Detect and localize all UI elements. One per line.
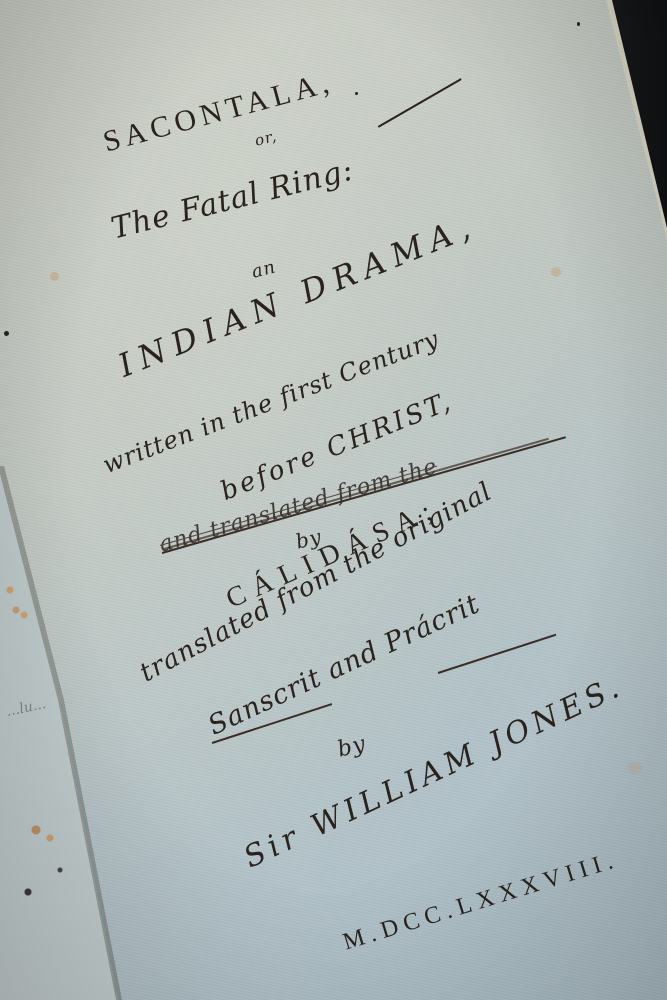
manuscript-photo: ...lu... SACONTALA, or, The Fatal Ring: … <box>0 0 667 1000</box>
ink-speck <box>355 92 358 95</box>
foxing-stain <box>50 272 59 281</box>
ink-speck <box>4 331 9 336</box>
foxing-stain <box>551 267 561 277</box>
ink-speck <box>577 22 580 26</box>
foxing-stain <box>628 762 642 774</box>
